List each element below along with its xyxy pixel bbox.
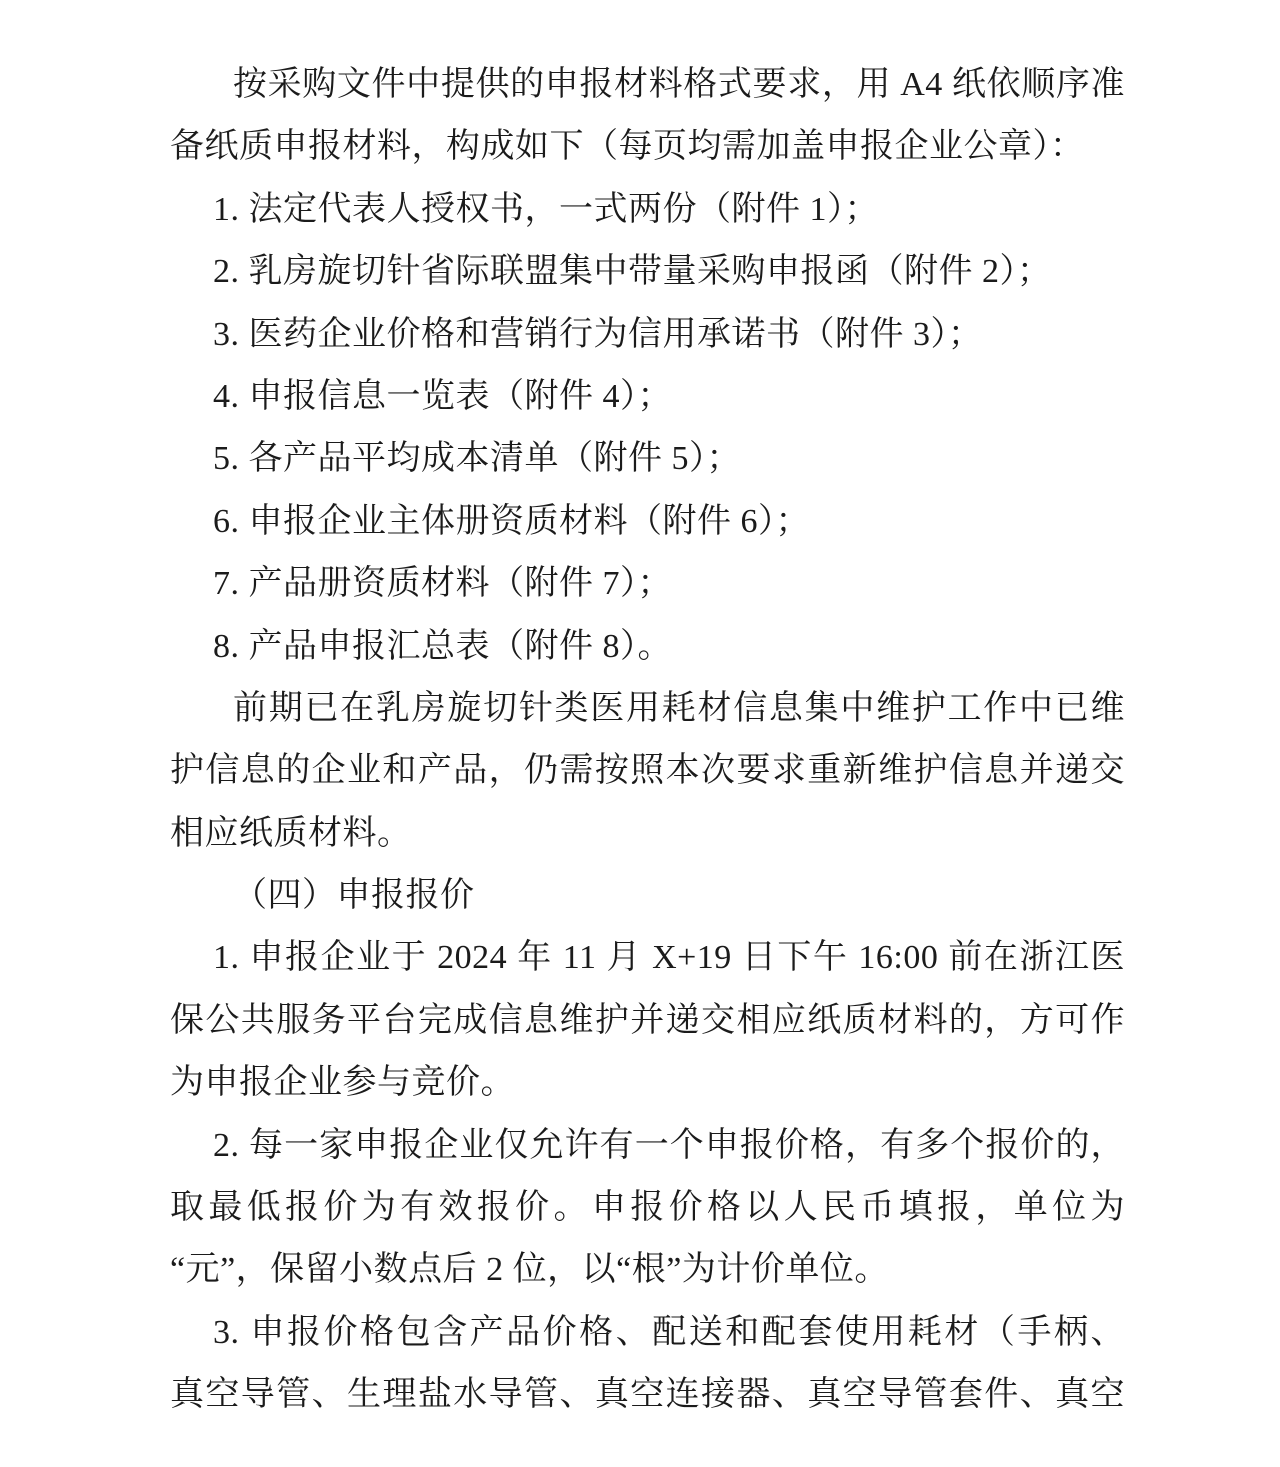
text-line: 按采购文件中提供的申报材料格式要求，用 A4 纸依顺序准 (170, 54, 1125, 116)
text-line: “元”，保留小数点后 2 位，以“根”为计价单位。 (170, 1239, 1125, 1301)
text-line: 取最低报价为有效报价。申报价格以人民币填报，单位为 (170, 1177, 1125, 1239)
text-line: 护信息的企业和产品，仍需按照本次要求重新维护信息并递交 (170, 740, 1125, 802)
text-line: 备纸质申报材料，构成如下（每页均需加盖申报企业公章）： (170, 116, 1125, 178)
text-line: 6. 申报企业主体册资质材料（附件 6）； (170, 491, 1125, 553)
text-line: 3. 医药企业价格和营销行为信用承诺书（附件 3）； (170, 304, 1125, 366)
text-line: 相应纸质材料。 (170, 803, 1125, 865)
text-line: 1. 申报企业于 2024 年 11 月 X+19 日下午 16:00 前在浙江… (170, 927, 1125, 989)
text-line: 2. 每一家申报企业仅允许有一个申报价格，有多个报价的， (170, 1115, 1125, 1177)
text-line: 3. 申报价格包含产品价格、配送和配套使用耗材（手柄、 (170, 1302, 1125, 1364)
text-line: 为申报企业参与竞价。 (170, 1052, 1125, 1114)
text-line: （四）申报报价 (170, 865, 1125, 927)
text-line: 1. 法定代表人授权书，一式两份（附件 1）； (170, 179, 1125, 241)
document-text: 按采购文件中提供的申报材料格式要求，用 A4 纸依顺序准备纸质申报材料，构成如下… (170, 54, 1125, 1427)
text-line: 真空导管、生理盐水导管、真空连接器、真空导管套件、真空 (170, 1364, 1125, 1426)
text-line: 5. 各产品平均成本清单（附件 5）； (170, 428, 1125, 490)
document-page: 按采购文件中提供的申报材料格式要求，用 A4 纸依顺序准备纸质申报材料，构成如下… (0, 0, 1280, 1467)
text-line: 2. 乳房旋切针省际联盟集中带量采购申报函（附件 2）； (170, 241, 1125, 303)
text-line: 4. 申报信息一览表（附件 4）； (170, 366, 1125, 428)
text-line: 8. 产品申报汇总表（附件 8）。 (170, 616, 1125, 678)
text-line: 保公共服务平台完成信息维护并递交相应纸质材料的，方可作 (170, 990, 1125, 1052)
text-line: 7. 产品册资质材料（附件 7）； (170, 553, 1125, 615)
text-line: 前期已在乳房旋切针类医用耗材信息集中维护工作中已维 (170, 678, 1125, 740)
